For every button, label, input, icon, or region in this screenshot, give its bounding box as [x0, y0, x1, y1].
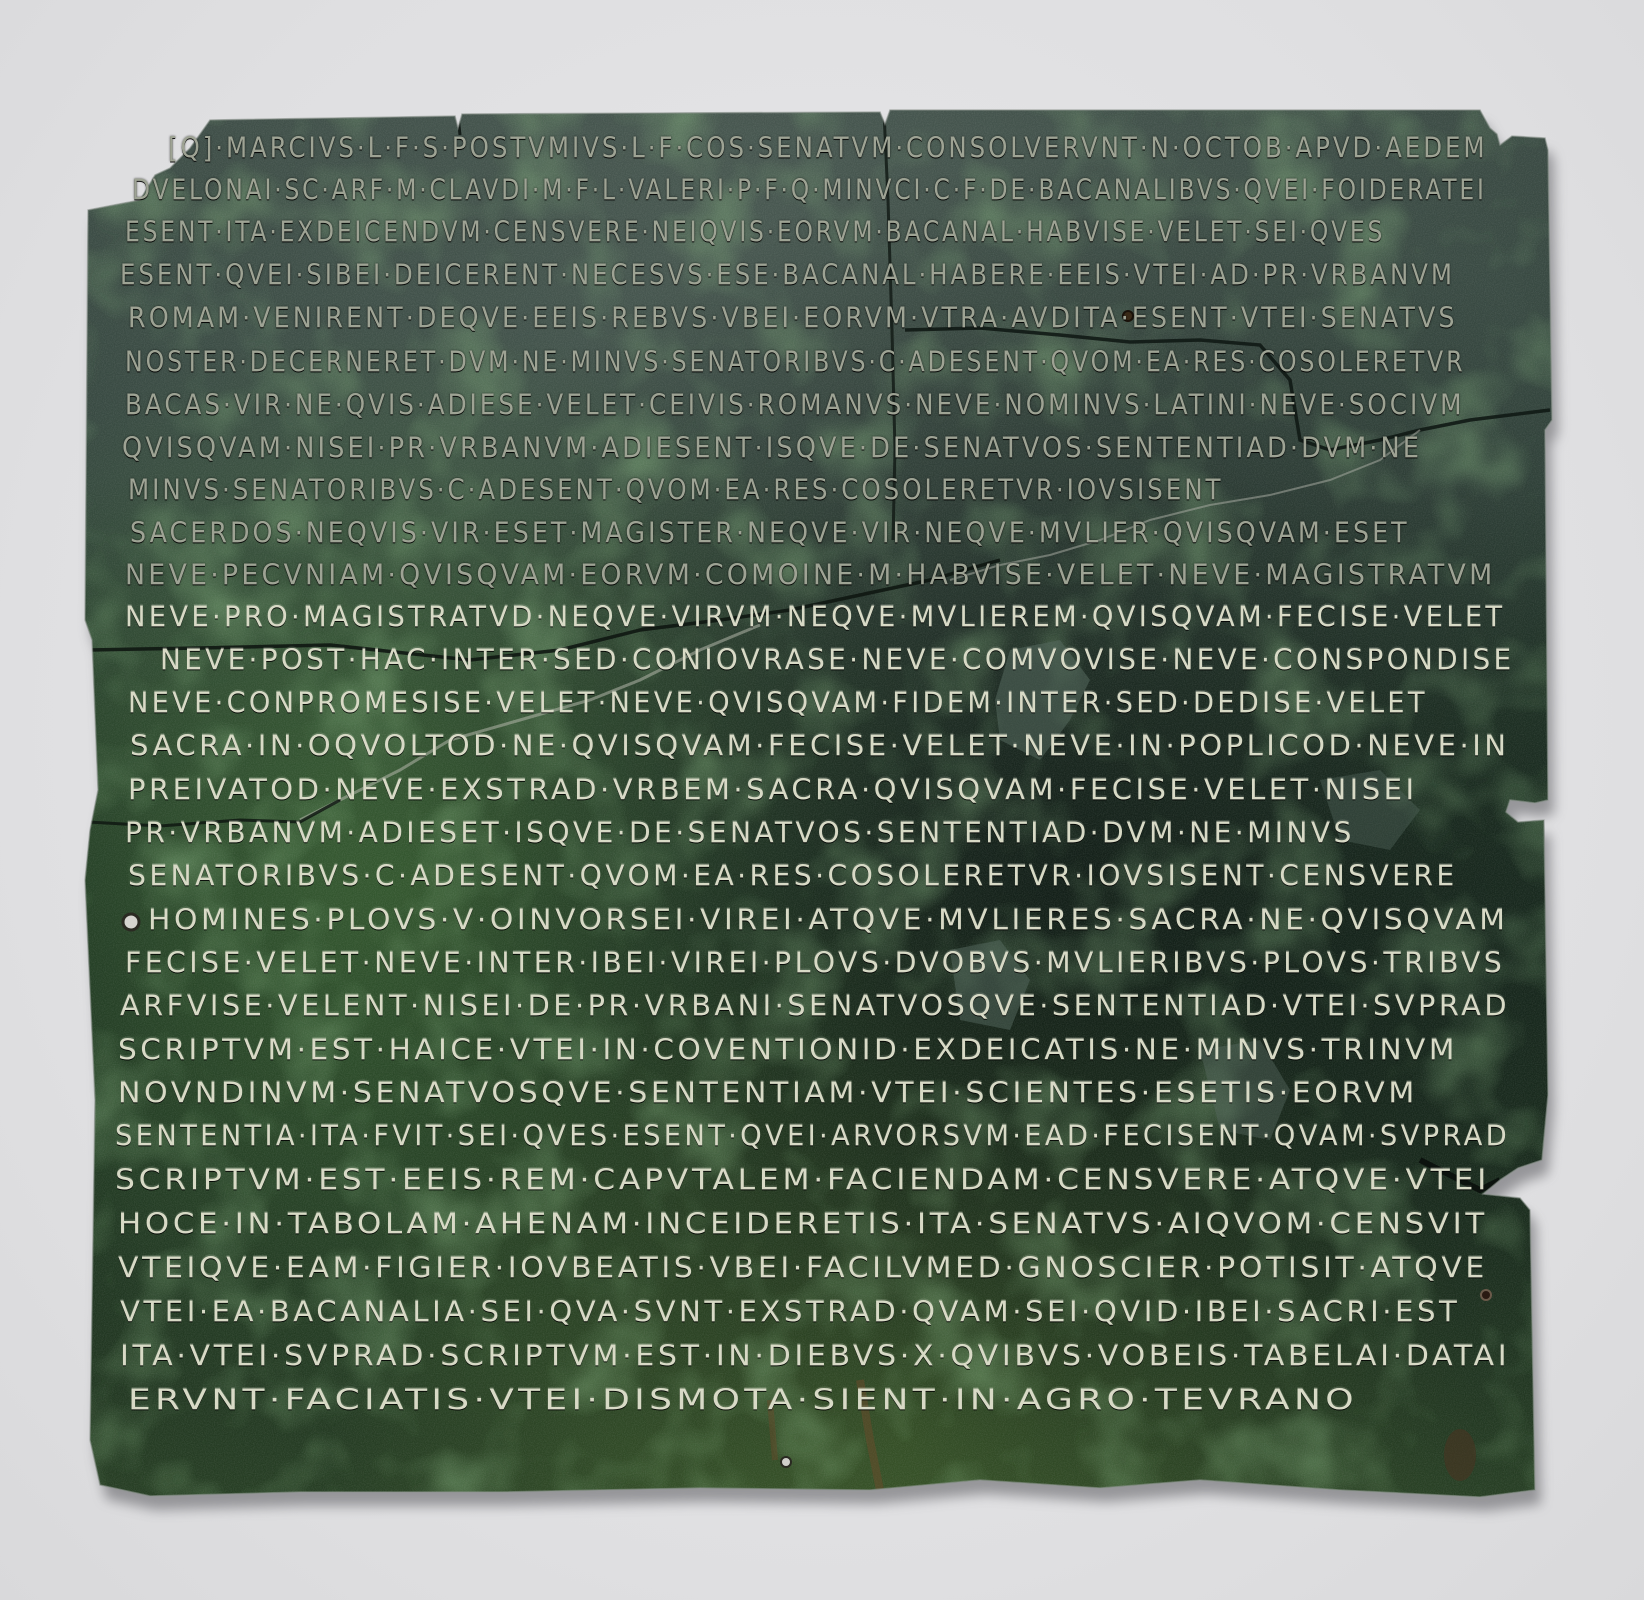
bronze-tablet: [0, 0, 1644, 1600]
